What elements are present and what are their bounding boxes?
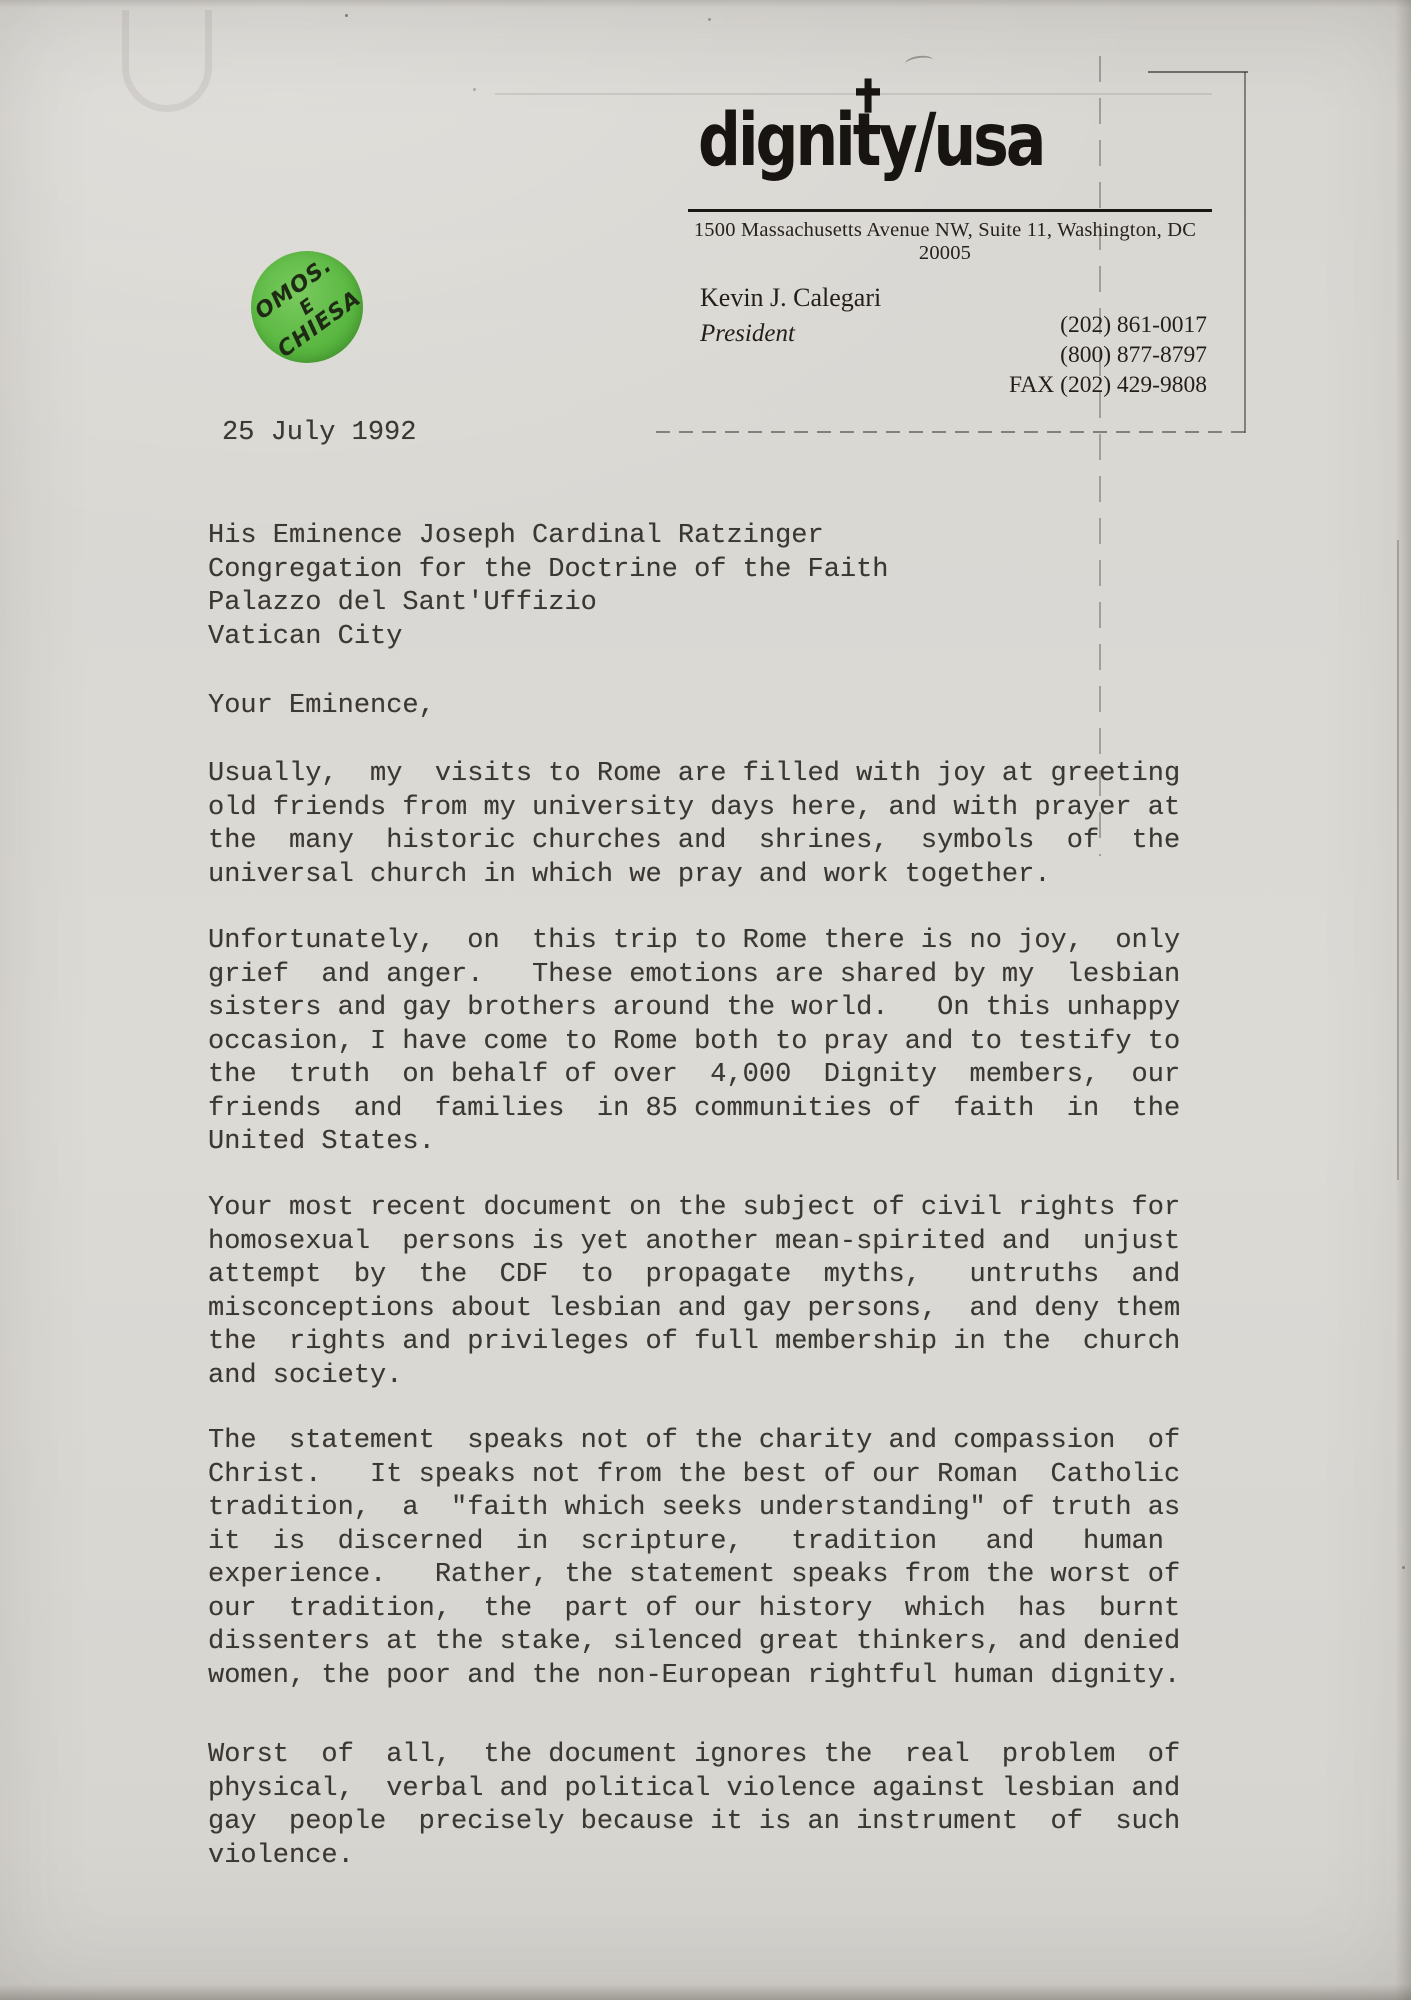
salutation: Your Eminence, (208, 690, 435, 724)
letterhead-contact-title: President (700, 320, 795, 348)
underlying-page-edge-line (1099, 56, 1101, 856)
logo-text-post: y/usa (878, 98, 1043, 183)
scan-edge-bottom (0, 1984, 1411, 2000)
letterhead-box-right-line (1244, 72, 1246, 433)
letterhead-card-top-edge (495, 93, 1212, 95)
scanned-letter-page: dignity/usa 1500 Massachusetts Avenue NW… (0, 0, 1411, 2000)
paragraph-3: Your most recent document on the subject… (208, 1192, 1180, 1393)
dignity-usa-logo: dignity/usa (698, 98, 1043, 183)
page-fold-line (1397, 540, 1399, 1180)
scan-specks (345, 14, 348, 17)
letterhead-address: 1500 Massachusetts Avenue NW, Suite 11, … (678, 219, 1212, 265)
staple-stain (122, 10, 212, 112)
letterhead-box-top-line (1148, 71, 1248, 73)
recipient-address-block: His Eminence Joseph Cardinal Ratzinger C… (208, 520, 889, 654)
letter-date: 25 July 1992 (222, 417, 416, 451)
green-sticker: OMOS. E CHIESA (251, 251, 363, 363)
logo-text-pre: digni (698, 98, 853, 183)
scan-edge-top (0, 0, 1411, 8)
sticker-handwriting: OMOS. E CHIESA (248, 251, 366, 363)
paragraph-5: Worst of all, the document ignores the r… (208, 1739, 1180, 1873)
letterhead-box-bottom-dashed-line (656, 431, 1246, 433)
fax-number: FAX (202) 429-9808 (1009, 370, 1207, 400)
phone-number-2: (800) 877-8797 (1009, 340, 1207, 370)
paragraph-1: Usually, my visits to Rome are filled wi… (208, 758, 1180, 892)
phone-number-1: (202) 861-0017 (1009, 310, 1207, 340)
letterhead-contact-name: Kevin J. Calegari (700, 283, 881, 313)
letterhead-rule (688, 209, 1212, 212)
paragraph-2: Unfortunately, on this trip to Rome ther… (208, 925, 1180, 1160)
pencil-mark (904, 54, 933, 70)
paragraph-4: The statement speaks not of the charity … (208, 1425, 1180, 1693)
letterhead-phone-block: (202) 861-0017 (800) 877-8797 FAX (202) … (1009, 310, 1207, 400)
logo-cross-t-icon: t (853, 98, 879, 183)
